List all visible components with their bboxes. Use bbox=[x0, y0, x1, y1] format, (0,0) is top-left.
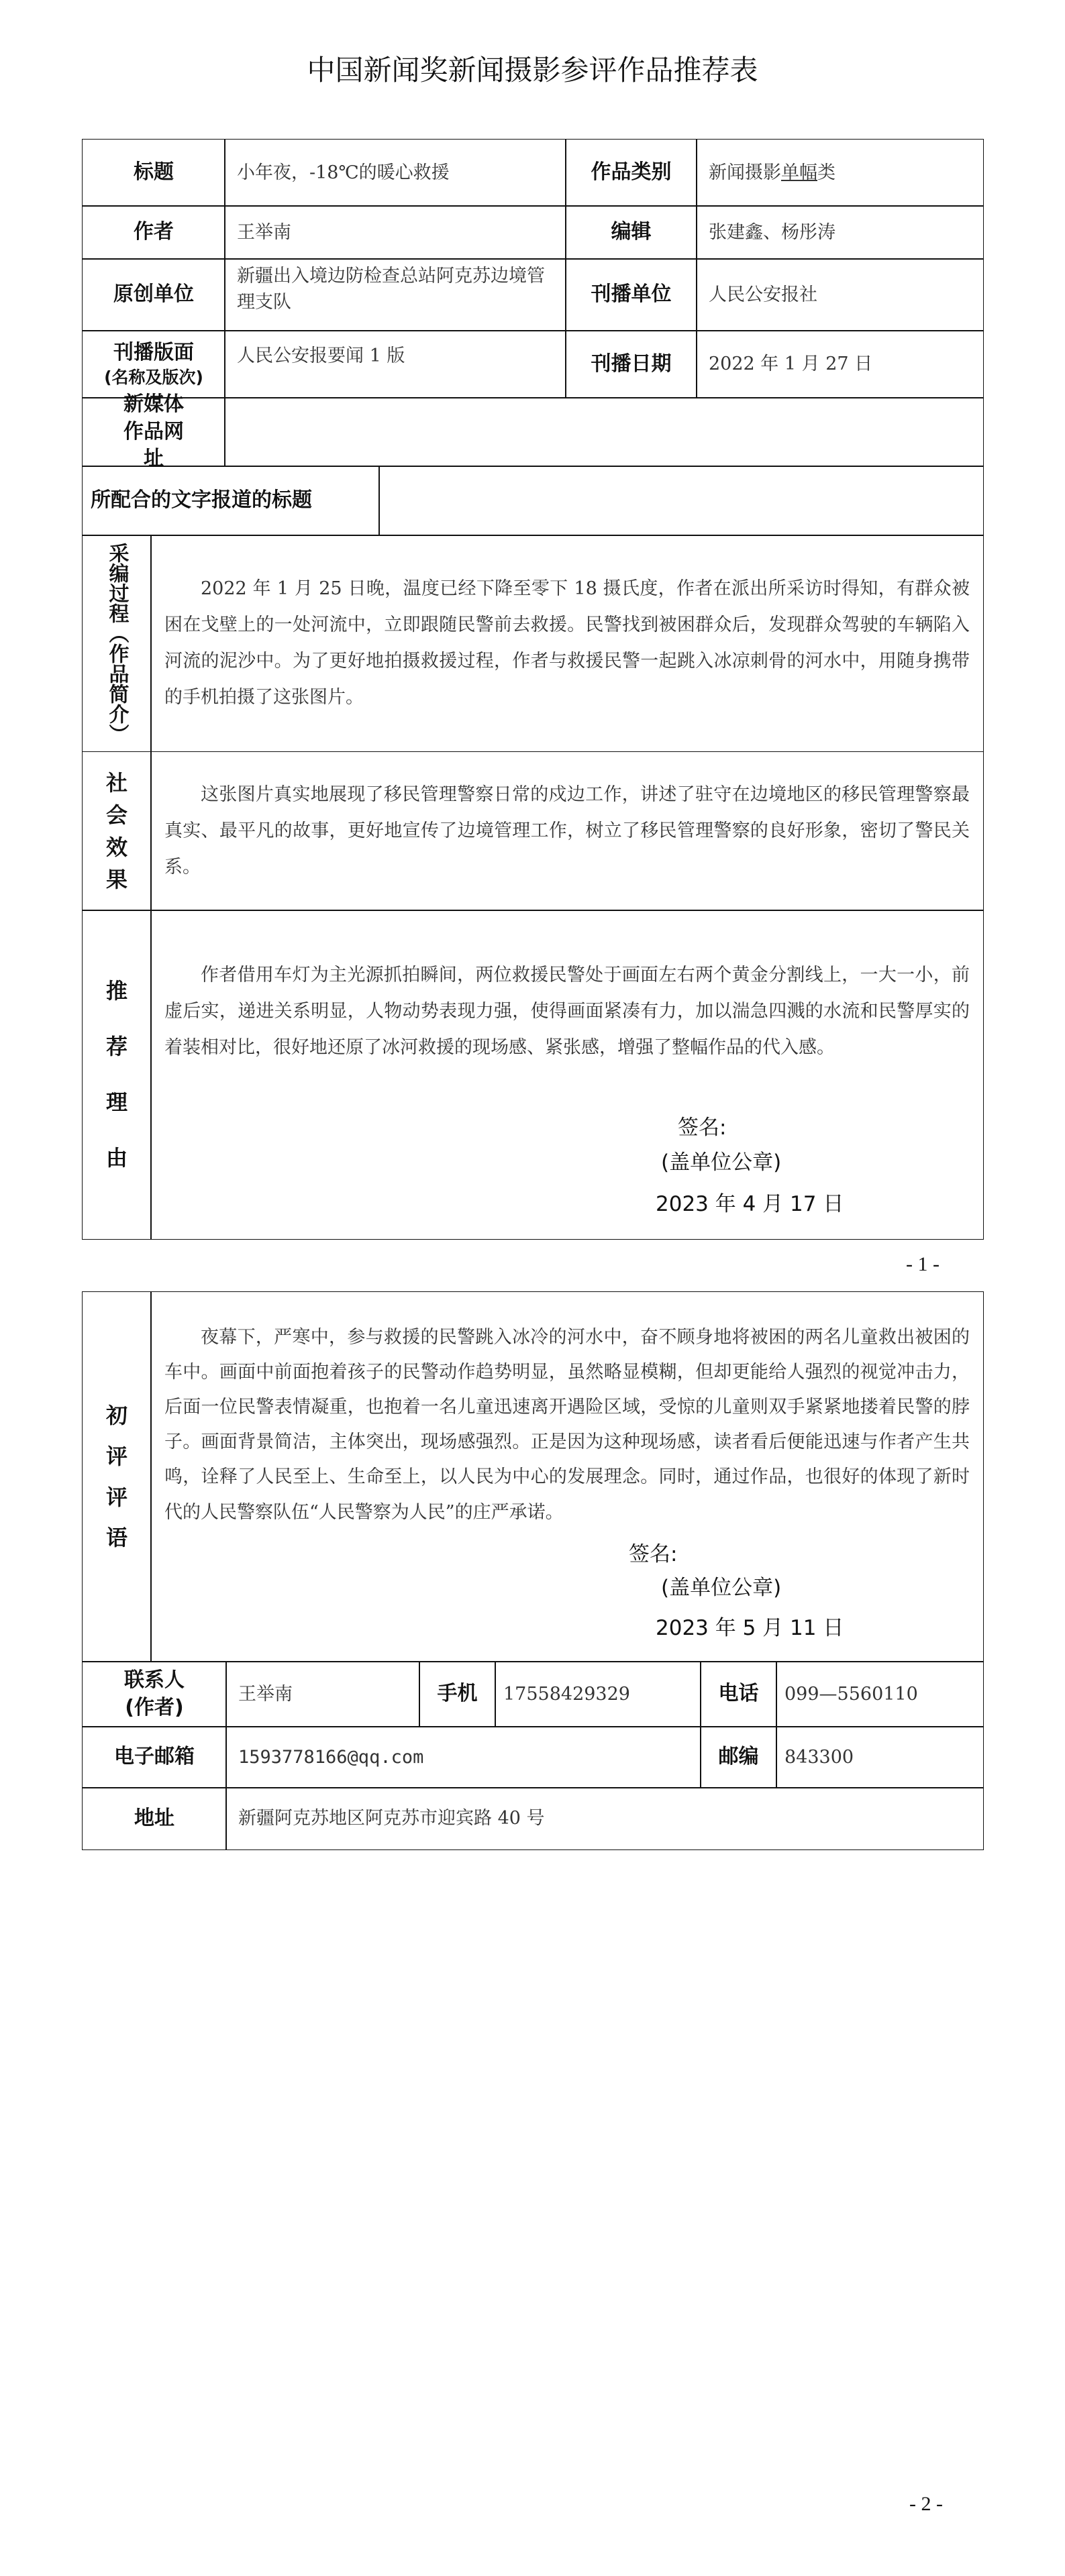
editor-label: 编辑 bbox=[565, 205, 697, 260]
effect-label: 社会效果 bbox=[106, 767, 128, 896]
phone-value: 099—5560110 bbox=[776, 1661, 984, 1727]
review-label: 初评评语 bbox=[106, 1395, 128, 1558]
origin-label: 原创单位 bbox=[82, 258, 225, 331]
date-value: 2022 年 1 月 27 日 bbox=[696, 330, 984, 398]
review-stamp: (盖单位公章) bbox=[661, 1570, 781, 1601]
zip-label: 邮编 bbox=[700, 1726, 777, 1788]
review-sign: 签名: bbox=[629, 1537, 677, 1567]
author-value: 王举南 bbox=[224, 205, 566, 260]
related-title-value bbox=[378, 466, 984, 536]
author-label: 作者 bbox=[82, 205, 225, 260]
process-label-cell: 采编过程（作品简介） bbox=[82, 535, 152, 752]
layout-sublabel: (名称及版次) bbox=[104, 366, 203, 389]
publisher-label: 刊播单位 bbox=[565, 258, 697, 331]
contact-value: 王举南 bbox=[225, 1661, 420, 1727]
email-label: 电子邮箱 bbox=[82, 1726, 227, 1788]
reason-text: 作者借用车灯为主光源抓拍瞬间，两位救援民警处于画面左右两个黄金分割线上，一大一小… bbox=[151, 957, 983, 1066]
layout-label-main: 刊播版面 bbox=[113, 339, 194, 367]
review-text: 夜幕下，严寒中，参与救援的民警跳入冰冷的河水中，奋不顾身地将被困的两名儿童救出被… bbox=[151, 1320, 983, 1530]
contact-label: 联系人(作者) bbox=[82, 1661, 227, 1727]
review-label-cell: 初评评语 bbox=[82, 1291, 152, 1662]
address-label: 地址 bbox=[82, 1787, 227, 1850]
date-label: 刊播日期 bbox=[565, 330, 697, 398]
reason-date: 2023 年 4 月 17 日 bbox=[656, 1187, 844, 1217]
layout-value: 人民公安报要闻 1 版 bbox=[224, 330, 566, 398]
reason-cell: 作者借用车灯为主光源抓拍瞬间，两位救援民警处于画面左右两个黄金分割线上，一大一小… bbox=[150, 910, 984, 1240]
process-label-text: 采编过程（作品简介） bbox=[101, 543, 132, 744]
category-label: 作品类别 bbox=[565, 139, 697, 207]
newmedia-label: 新媒体作品网址 bbox=[82, 397, 225, 467]
document-title: 中国新闻奖新闻摄影参评作品推荐表 bbox=[0, 48, 1065, 89]
reason-stamp: (盖单位公章) bbox=[661, 1145, 781, 1175]
phone-label: 电话 bbox=[700, 1661, 777, 1727]
layout-label: 刊播版面 (名称及版次) bbox=[82, 330, 225, 398]
address-value: 新疆阿克苏地区阿克苏市迎宾路 40 号 bbox=[225, 1787, 984, 1850]
reason-sign: 签名: bbox=[678, 1110, 726, 1140]
page-number-2: - 2 - bbox=[909, 2493, 943, 2516]
process-text: 2022 年 1 月 25 日晚，温度已经下降至零下 18 摄氏度，作者在派出所… bbox=[150, 535, 984, 752]
editor-value: 张建鑫、杨彤涛 bbox=[696, 205, 984, 260]
reason-label-cell: 推荐理由 bbox=[82, 910, 152, 1240]
origin-value: 新疆出入境边防检查总站阿克苏边境管理支队 bbox=[224, 258, 566, 331]
mobile-value: 17558429329 bbox=[495, 1661, 701, 1727]
effect-label-cell: 社会效果 bbox=[82, 751, 152, 911]
publisher-value: 人民公安报社 bbox=[696, 258, 984, 331]
category-underlined: 单幅 bbox=[781, 160, 817, 186]
review-cell: 夜幕下，严寒中，参与救援的民警跳入冰冷的河水中，奋不顾身地将被困的两名儿童救出被… bbox=[150, 1291, 984, 1662]
process-label: 采编过程（作品简介） bbox=[93, 543, 140, 744]
newmedia-value bbox=[224, 397, 984, 467]
title-label: 标题 bbox=[82, 139, 225, 207]
page-number-1: - 1 - bbox=[906, 1253, 940, 1276]
category-suffix: 类 bbox=[817, 160, 835, 186]
mobile-label: 手机 bbox=[419, 1661, 496, 1727]
category-prefix: 新闻摄影 bbox=[709, 160, 781, 186]
email-value: 1593778166@qq.com bbox=[225, 1726, 701, 1788]
reason-label: 推荐理由 bbox=[106, 963, 128, 1187]
effect-text: 这张图片真实地展现了移民管理警察日常的戍边工作，讲述了驻守在边境地区的移民管理警… bbox=[150, 751, 984, 911]
review-date: 2023 年 5 月 11 日 bbox=[656, 1611, 844, 1641]
related-title-label: 所配合的文字报道的标题 bbox=[82, 466, 380, 536]
category-value: 新闻摄影单幅类 bbox=[696, 139, 984, 207]
zip-value: 843300 bbox=[776, 1726, 984, 1788]
title-value: 小年夜，-18℃的暖心救援 bbox=[224, 139, 566, 207]
